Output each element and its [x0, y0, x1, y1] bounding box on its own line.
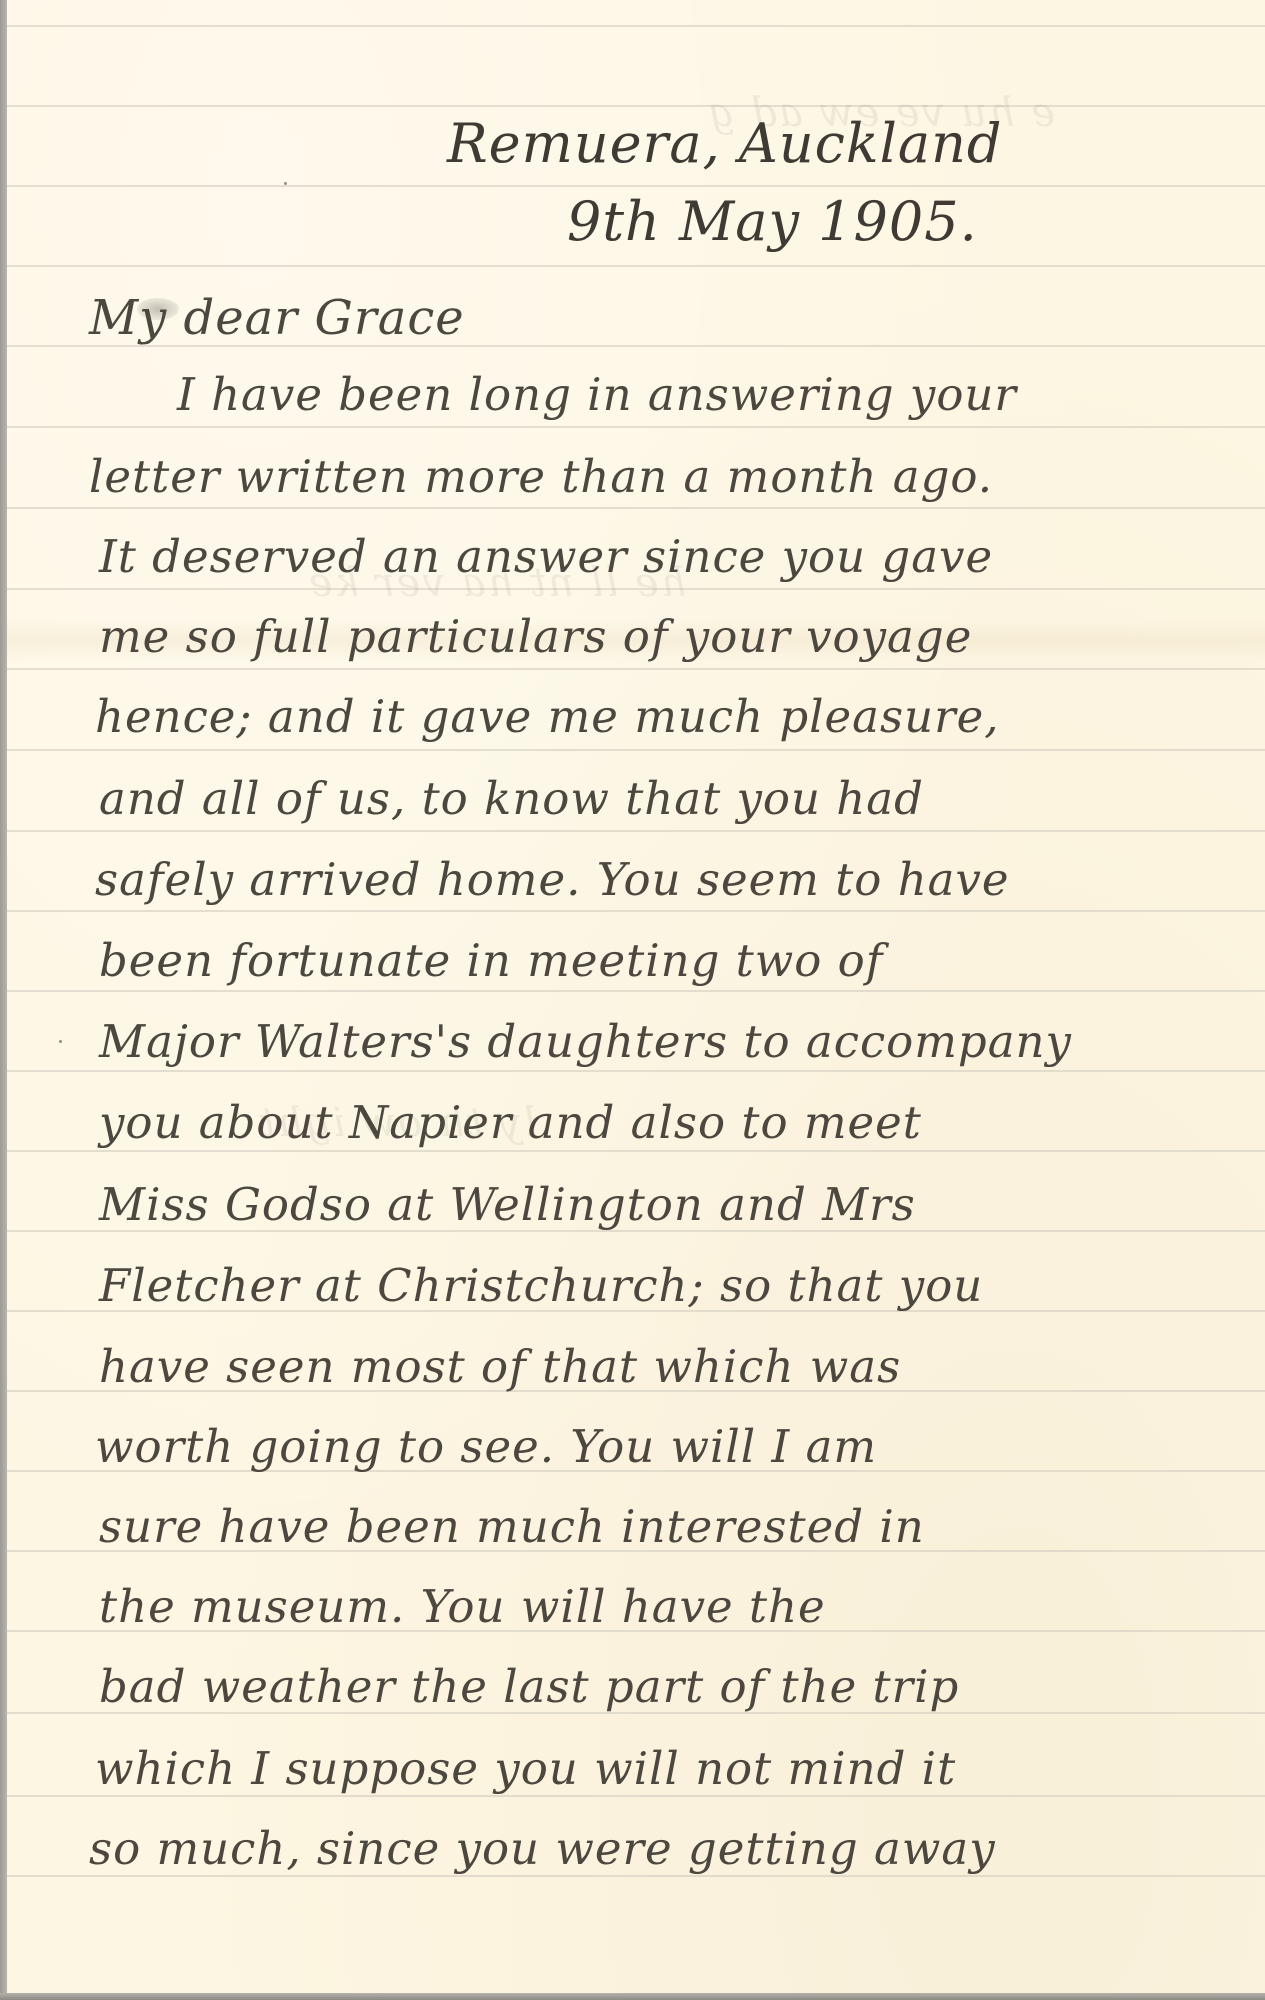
page-bottom-edge: [0, 1993, 1265, 2000]
letter-line: and all of us, to know that you had: [99, 772, 924, 825]
letter-line: sure have been much interested in: [99, 1500, 925, 1553]
ruled-line: [7, 830, 1265, 832]
letter-line: safely arrived home. You seem to have: [95, 853, 1010, 906]
ruled-line: [7, 105, 1265, 107]
letter-salutation: My dear Grace: [89, 290, 465, 346]
letter-line: I have been long in answering your: [177, 368, 1017, 421]
ruled-line: [7, 990, 1265, 992]
letter-line: the museum. You will have the: [99, 1580, 826, 1633]
ruled-line: [7, 749, 1265, 751]
letter-line: Miss Godso at Wellington and Mrs: [99, 1178, 916, 1231]
ruled-line: [7, 1795, 1265, 1797]
letter-date: 9th May 1905.: [567, 190, 978, 253]
letter-line: me so full particulars of your voyage: [99, 610, 972, 663]
letter-line: worth going to see. You will I am: [95, 1420, 877, 1473]
ruled-line: [7, 507, 1265, 509]
binding-edge: [0, 0, 7, 2000]
ruled-line: [7, 426, 1265, 428]
letter-line: It deserved an answer since you gave: [99, 530, 993, 583]
ruled-line: [7, 25, 1265, 27]
ruled-line: [7, 265, 1265, 267]
letter-line: Major Walters's daughters to accompany: [99, 1015, 1072, 1068]
letter-line: have seen most of that which was: [99, 1340, 901, 1393]
letter-page: e hu ve ew ad g he ll nt ha ver ke ly th…: [7, 0, 1265, 1993]
ruled-line: [7, 1150, 1265, 1152]
letter-place: Remuera, Auckland: [447, 112, 1002, 175]
letter-line: Fletcher at Christchurch; so that you: [99, 1259, 983, 1312]
ruled-line: [7, 185, 1265, 187]
letter-line: which I suppose you will not mind it: [95, 1742, 956, 1795]
ruled-line: [7, 910, 1265, 912]
paper-speck: [284, 182, 287, 185]
letter-line: you about Napier and also to meet: [99, 1096, 922, 1149]
letter-line: so much, since you were getting away: [89, 1822, 996, 1875]
paper-speck: [59, 1040, 62, 1043]
letter-line: hence; and it gave me much pleasure,: [95, 690, 1000, 743]
ruled-line: [7, 668, 1265, 670]
ruled-line: [7, 1070, 1265, 1072]
ruled-line: [7, 1875, 1265, 1877]
letter-line: been fortunate in meeting two of: [99, 934, 883, 987]
letter-line: bad weather the last part of the trip: [99, 1660, 959, 1713]
letter-line: letter written more than a month ago.: [89, 450, 993, 503]
